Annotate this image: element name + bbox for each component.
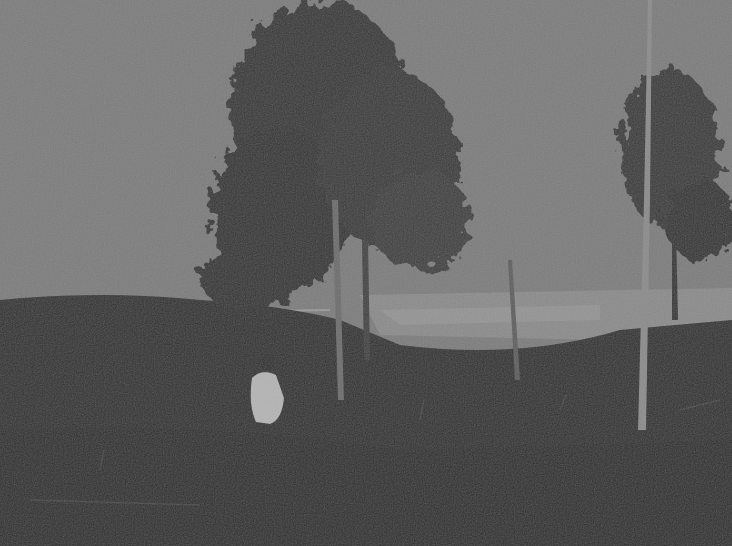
landscape-painting: Grayscale reproduction of a painting: a … xyxy=(0,0,732,546)
painting-canvas xyxy=(0,0,732,546)
